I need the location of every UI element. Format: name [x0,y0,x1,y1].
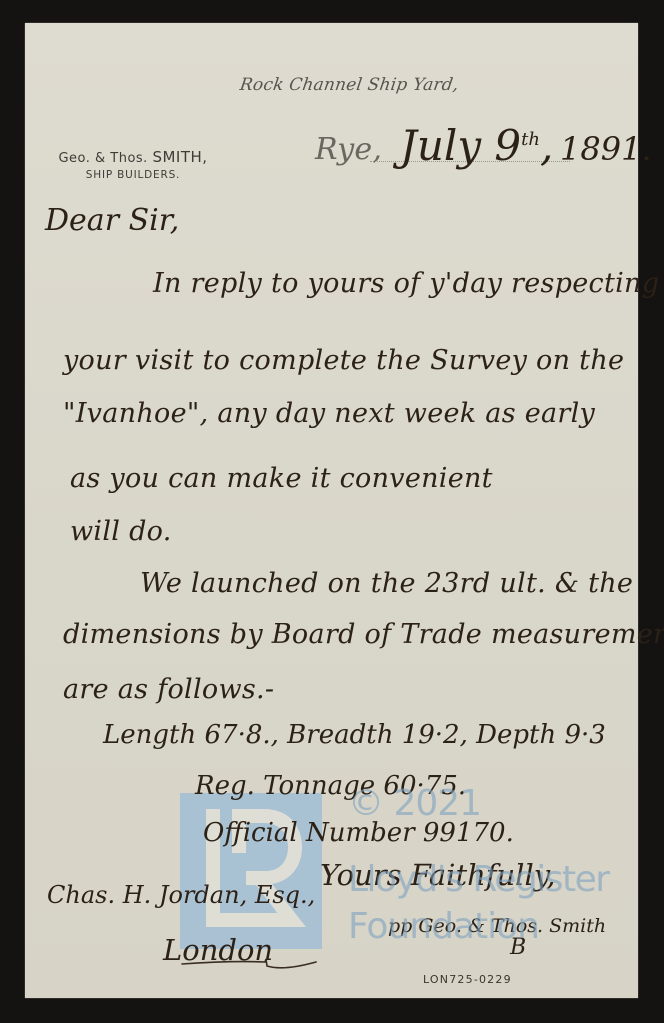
paragraph2-line1: We launched on the 23rd ult. & the [140,568,633,599]
archive-catalog-id: LON725-0229 [423,973,512,986]
salutation: Dear Sir, [45,203,179,238]
watermark-org-line1: Lloyd's Register [348,859,609,900]
dimensions-line: Length 67·8., Breadth 19·2, Depth 9·3 [103,720,606,750]
handwritten-date: July 9th, [400,121,553,170]
date-ordinal: th [521,129,540,150]
flourish-underline [180,958,320,972]
paragraph2-line2: dimensions by Board of Trade measurement [63,619,664,650]
watermark-copyright: © 2021 [348,783,481,824]
date-year: 1891. [560,130,652,168]
paragraph1-line5: will do. [70,516,172,547]
letterhead-trade: SHIP BUILDERS. [47,169,219,181]
addressee-name: Chas. H. Jordan, Esq., [47,881,315,909]
date-separator: , [540,121,553,170]
paragraph1-line4: as you can make it convenient [70,463,493,494]
firm-name: SMITH, [152,148,207,166]
lr-logo-icon [180,793,322,949]
paragraph1-line2: your visit to complete the Survey on the [63,345,624,376]
paragraph1-line3: "Ivanhoe", any day next week as early [63,398,595,429]
letterhead-yard-name: Rock Channel Ship Yard, [239,75,460,95]
paragraph1-line1: In reply to yours of y'day respecting [153,268,659,299]
date-month-day: July 9 [400,121,521,170]
firm-prefix: Geo. & Thos. [58,151,147,166]
letterhead-firm: Geo. & Thos. SMITH, [47,148,219,166]
watermark-org-line2: Foundation [348,906,539,947]
scan-background: Rock Channel Ship Yard, Rye, Geo. & Thos… [0,0,664,1023]
paragraph2-line3: are as follows.- [63,674,274,705]
letter-sheet: Rock Channel Ship Yard, Rye, Geo. & Thos… [25,23,638,998]
